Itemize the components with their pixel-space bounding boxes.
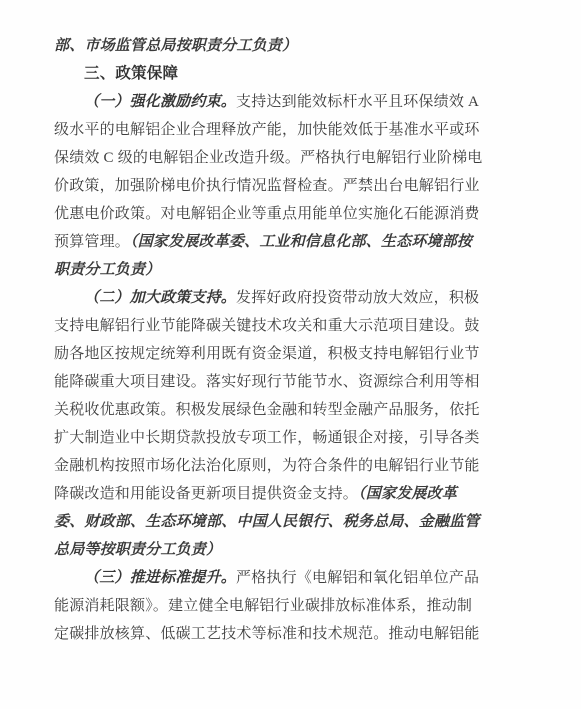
document-line: 预算管理。（国家发展改革委、工业和信息化部、生态环境部按	[54, 228, 478, 256]
document-line: 总局等按职责分工负责）	[54, 536, 478, 564]
document-text-block: 部、市场监管总局按职责分工负责）三、政策保障（一）强化激励约束。支持达到能效标杆…	[0, 0, 478, 648]
document-line: 支持电解铝行业节能降碳关键技术攻关和重大示范项目建设。鼓	[54, 312, 478, 340]
document-line: （一）强化激励约束。支持达到能效标杆水平且环保绩效 A	[54, 88, 478, 116]
document-line: 关税收优惠政策。积极发展绿色金融和转型金融产品服务，依托	[54, 396, 478, 424]
text-segment: 发挥好政府投资带动放大效应，积极	[236, 290, 479, 306]
document-line: 能降碳重大项目建设。落实好现行节能节水、资源综合利用等相	[54, 368, 478, 396]
document-line: 三、政策保障	[54, 60, 478, 88]
document-page: 部、市场监管总局按职责分工负责）三、政策保障（一）强化激励约束。支持达到能效标杆…	[0, 0, 581, 709]
text-segment: 支持达到能效标杆水平且环保绩效 A	[236, 94, 479, 110]
text-segment: 能源消耗限额》。建立健全电解铝行业碳排放标准体系，推动制	[54, 598, 472, 614]
document-line: 部、市场监管总局按职责分工负责）	[54, 32, 478, 60]
text-segment: 支持电解铝行业节能降碳关键技术攻关和重大示范项目建设。鼓	[54, 318, 480, 334]
text-segment: 总局等按职责分工负责）	[54, 542, 221, 558]
text-segment: 扩大制造业中长期贷款投放专项工作，畅通银企对接，引导各类	[54, 430, 480, 446]
text-segment: （国家发展改革委、工业和信息化部、生态环境部按	[130, 234, 472, 250]
document-line: 委、财政部、生态环境部、中国人民银行、税务总局、金融监管	[54, 508, 478, 536]
text-segment: 降碳改造和用能设备更新项目提供资金支持。	[54, 486, 358, 502]
text-segment: 职责分工负责）	[54, 262, 160, 278]
text-segment: 级水平的电解铝企业合理释放产能，加快能效低于基准水平或环	[54, 122, 480, 138]
text-segment: 能降碳重大项目建设。落实好现行节能节水、资源综合利用等相	[54, 374, 480, 390]
text-segment: 预算管理。	[54, 234, 130, 250]
text-segment: 严格执行《电解铝和氧化铝单位产品	[236, 570, 479, 586]
text-segment: 部、市场监管总局按职责分工负责）	[54, 38, 297, 54]
document-line: 励各地区按规定统筹利用既有资金渠道，积极支持电解铝行业节	[54, 340, 478, 368]
section-heading: 三、政策保障	[84, 65, 178, 82]
text-segment: 价政策，加强阶梯电价执行情况监督检查。严禁出台电解铝行业	[54, 178, 480, 194]
text-segment: （三）推进标准提升。	[84, 570, 236, 586]
document-line: 保绩效 C 级的电解铝企业改造升级。严格执行电解铝行业阶梯电	[54, 144, 478, 172]
document-line: 价政策，加强阶梯电价执行情况监督检查。严禁出台电解铝行业	[54, 172, 478, 200]
text-segment: 关税收优惠政策。积极发展绿色金融和转型金融产品服务，依托	[54, 402, 480, 418]
document-line: 优惠电价政策。对电解铝企业等重点用能单位实施化石能源消费	[54, 200, 478, 228]
text-segment: （国家发展改革	[358, 486, 457, 502]
document-line: 能源消耗限额》。建立健全电解铝行业碳排放标准体系，推动制	[54, 592, 478, 620]
text-segment: 定碳排放核算、低碳工艺技术等标准和技术规范。推动电解铝能	[54, 626, 480, 642]
text-segment: 优惠电价政策。对电解铝企业等重点用能单位实施化石能源消费	[54, 206, 480, 222]
text-segment: 金融机构按照市场化法治化原则，为符合条件的电解铝行业节能	[54, 458, 480, 474]
document-line: （三）推进标准提升。严格执行《电解铝和氧化铝单位产品	[54, 564, 478, 592]
text-segment: 委、财政部、生态环境部、中国人民银行、税务总局、金融监管	[54, 514, 480, 530]
document-line: 级水平的电解铝企业合理释放产能，加快能效低于基准水平或环	[54, 116, 478, 144]
document-line: 职责分工负责）	[54, 256, 478, 284]
document-line: 扩大制造业中长期贷款投放专项工作，畅通银企对接，引导各类	[54, 424, 478, 452]
document-line: （二）加大政策支持。发挥好政府投资带动放大效应，积极	[54, 284, 478, 312]
document-line: 降碳改造和用能设备更新项目提供资金支持。（国家发展改革	[54, 480, 478, 508]
document-line: 定碳排放核算、低碳工艺技术等标准和技术规范。推动电解铝能	[54, 620, 478, 648]
text-segment: （一）强化激励约束。	[84, 94, 236, 110]
text-segment: 保绩效 C 级的电解铝企业改造升级。严格执行电解铝行业阶梯电	[54, 150, 483, 166]
text-segment: 励各地区按规定统筹利用既有资金渠道，积极支持电解铝行业节	[54, 346, 480, 362]
text-segment: （二）加大政策支持。	[84, 290, 236, 306]
document-line: 金融机构按照市场化法治化原则，为符合条件的电解铝行业节能	[54, 452, 478, 480]
